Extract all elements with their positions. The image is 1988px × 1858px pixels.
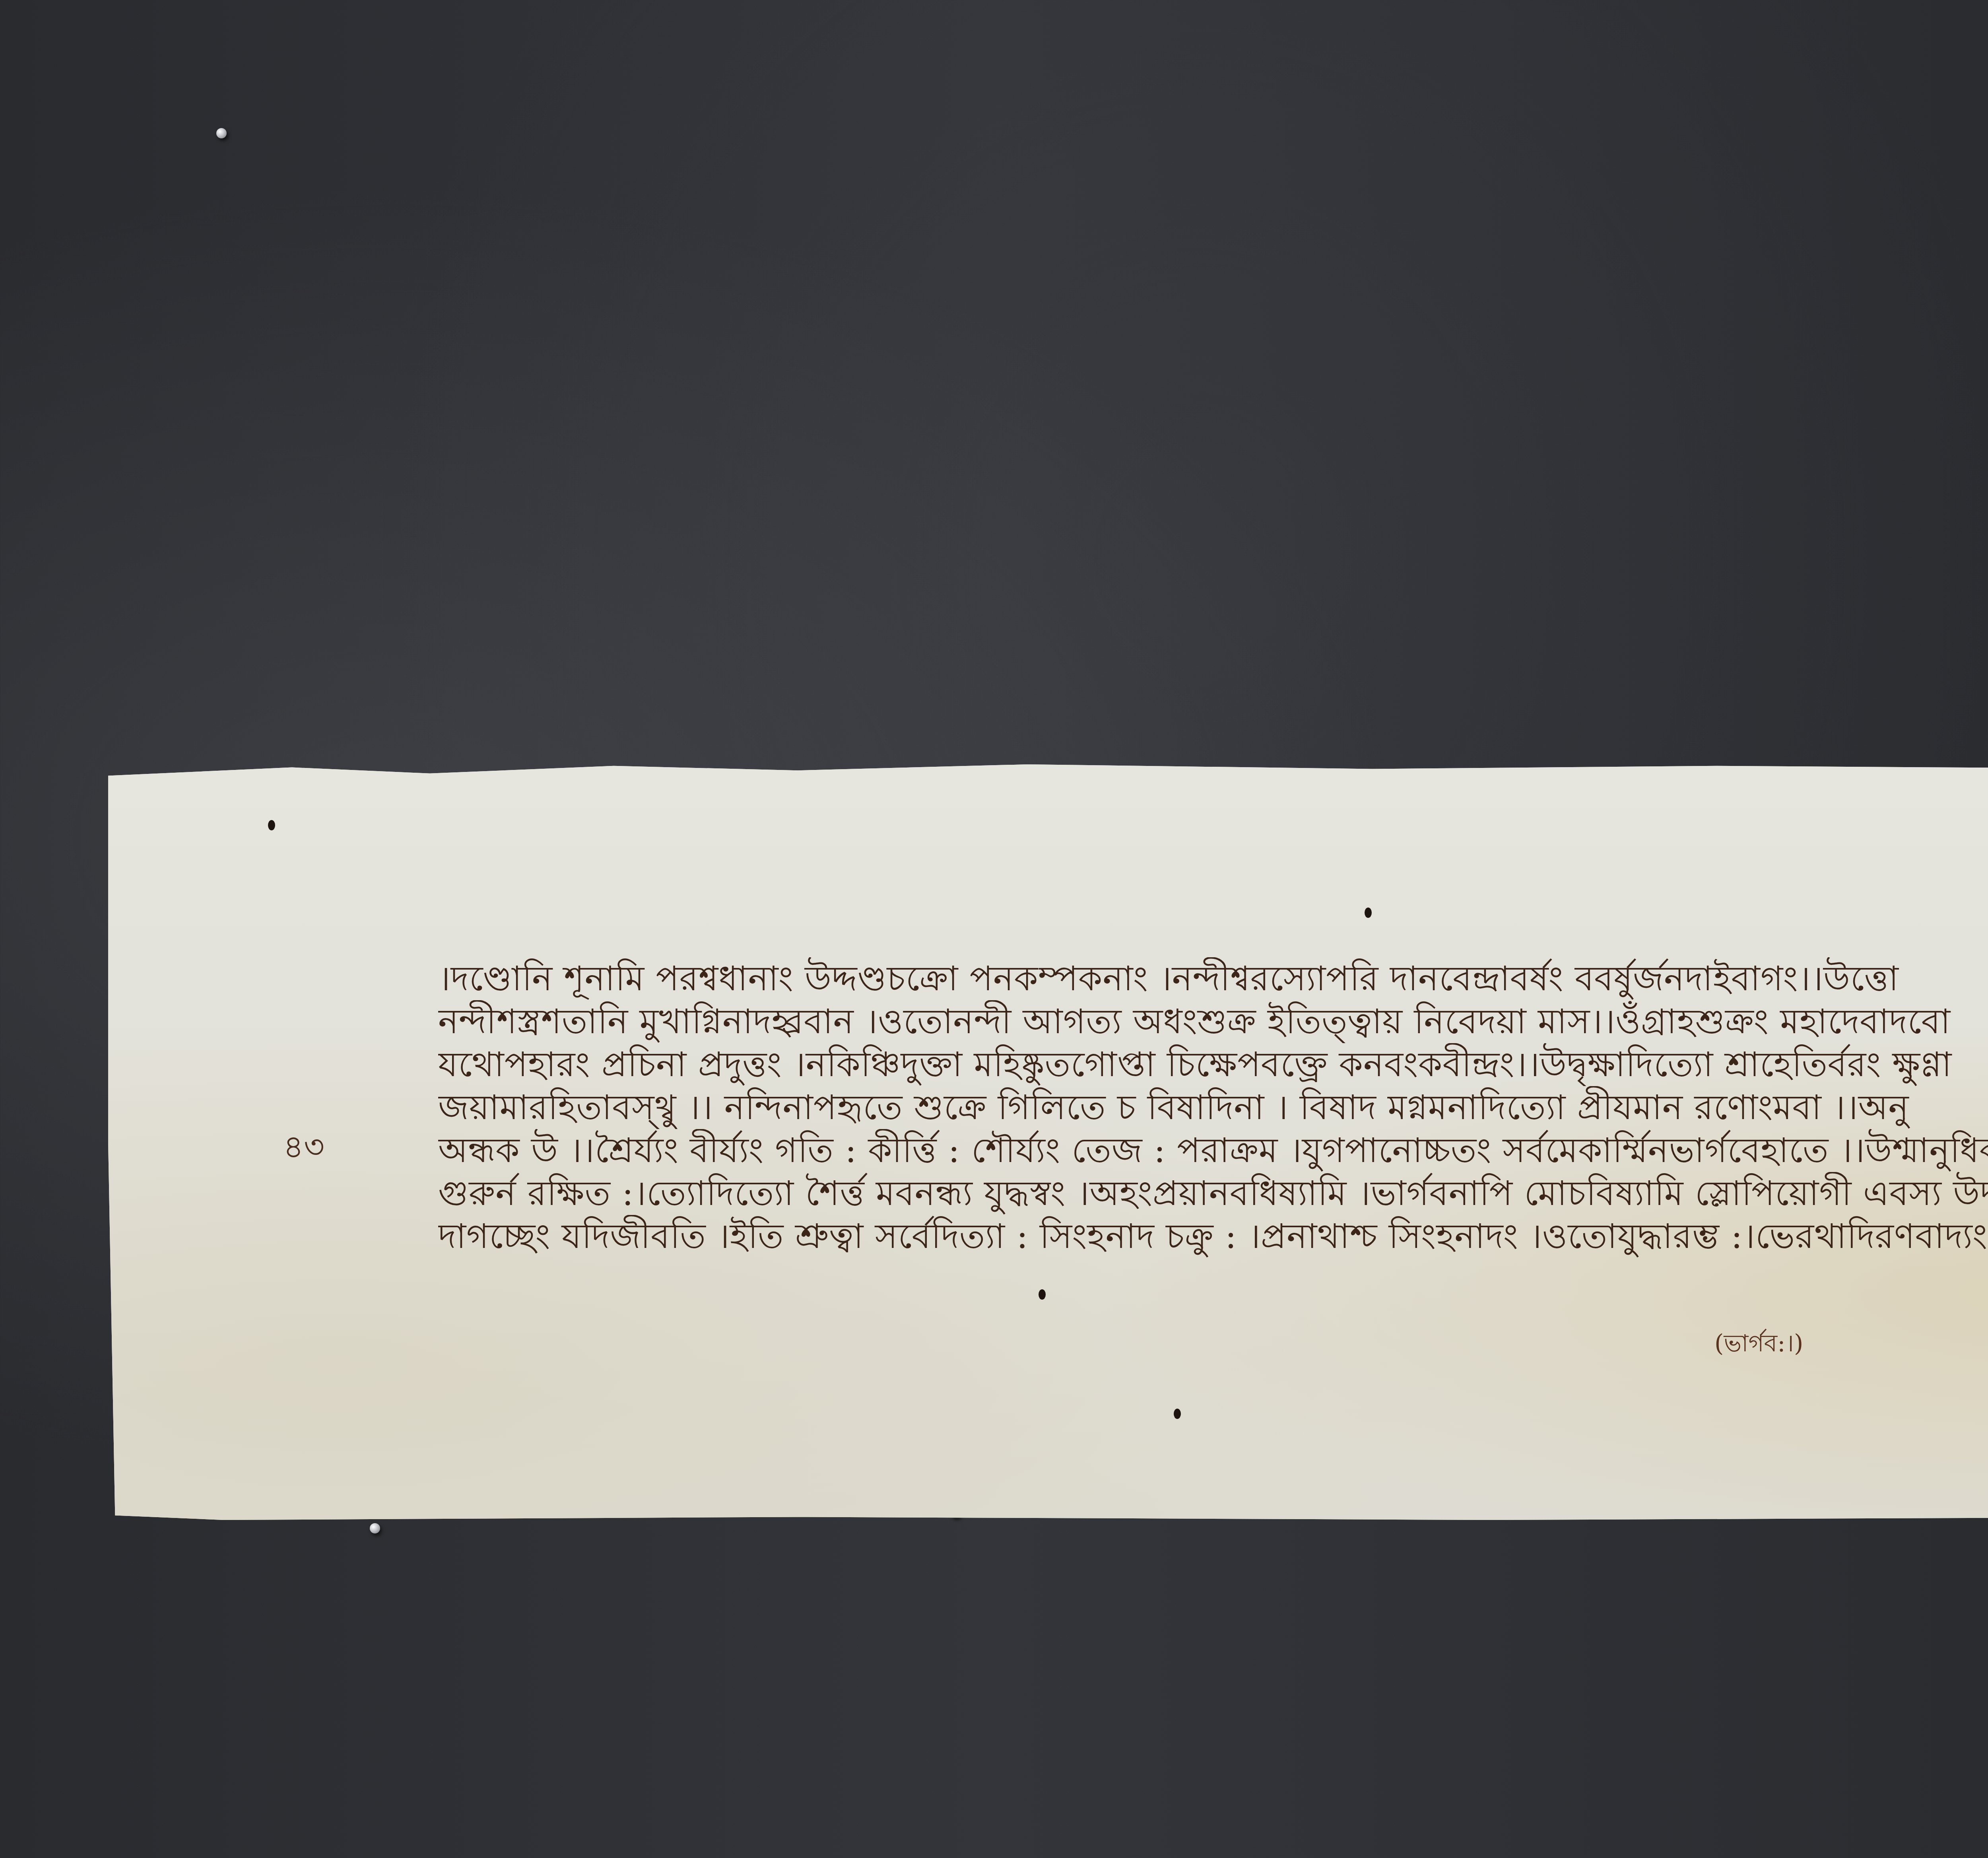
- mounting-pin: [370, 1523, 380, 1533]
- ink-dot: [268, 820, 275, 830]
- text-line: দাগচ্ছে‌ং যদিজীবতি ।ইতি শ্রুত্বা সর্বেদি…: [438, 1215, 1988, 1258]
- ink-dot: [1174, 1409, 1181, 1419]
- left-margin-folio-number: ৪৩: [283, 1122, 324, 1176]
- text-line: অন্ধক উ ।।শ্রৈর্য্যং বীর্য্যং গতি : কীর্…: [438, 1129, 1988, 1172]
- footer-note: (ভার্গব:।): [1714, 1325, 1803, 1365]
- manuscript-folio: ৪৩ ।দণ্ডোনি শূনামি পরশ্বধানা‌ং উদ্দণ্ডচক…: [108, 764, 1988, 1520]
- ink-dot: [1039, 1289, 1046, 1300]
- text-line: ।দণ্ডোনি শূনামি পরশ্বধানা‌ং উদ্দণ্ডচক্রো…: [438, 957, 1988, 1000]
- text-line: যথোপহারং প্রচিনা প্রদুত্তং ।নকিঞ্চিদুক্ত…: [438, 1043, 1988, 1086]
- manuscript-text: ।দণ্ডোনি শূনামি পরশ্বধানা‌ং উদ্দণ্ডচক্রো…: [438, 957, 1988, 1258]
- text-line: গুরুর্ন রক্ষিত :।ত্যোদিত্যো শৈর্ত্ত মবনন…: [438, 1172, 1988, 1215]
- mounting-pin: [216, 128, 227, 138]
- mounting-board: ৪৩ ।দণ্ডোনি শূনামি পরশ্বধানা‌ং উদ্দণ্ডচক…: [0, 0, 1988, 1858]
- text-line: নন্দীশস্ত্রশতানি মুখাগ্নিনাদহ্ব্রবান ।ওত…: [438, 1000, 1988, 1043]
- ink-dot: [1365, 908, 1372, 918]
- text-line: জয়ামারহিতাবস্থ্বু ।। নন্দিনাপহৃতে শুক্র…: [438, 1086, 1988, 1129]
